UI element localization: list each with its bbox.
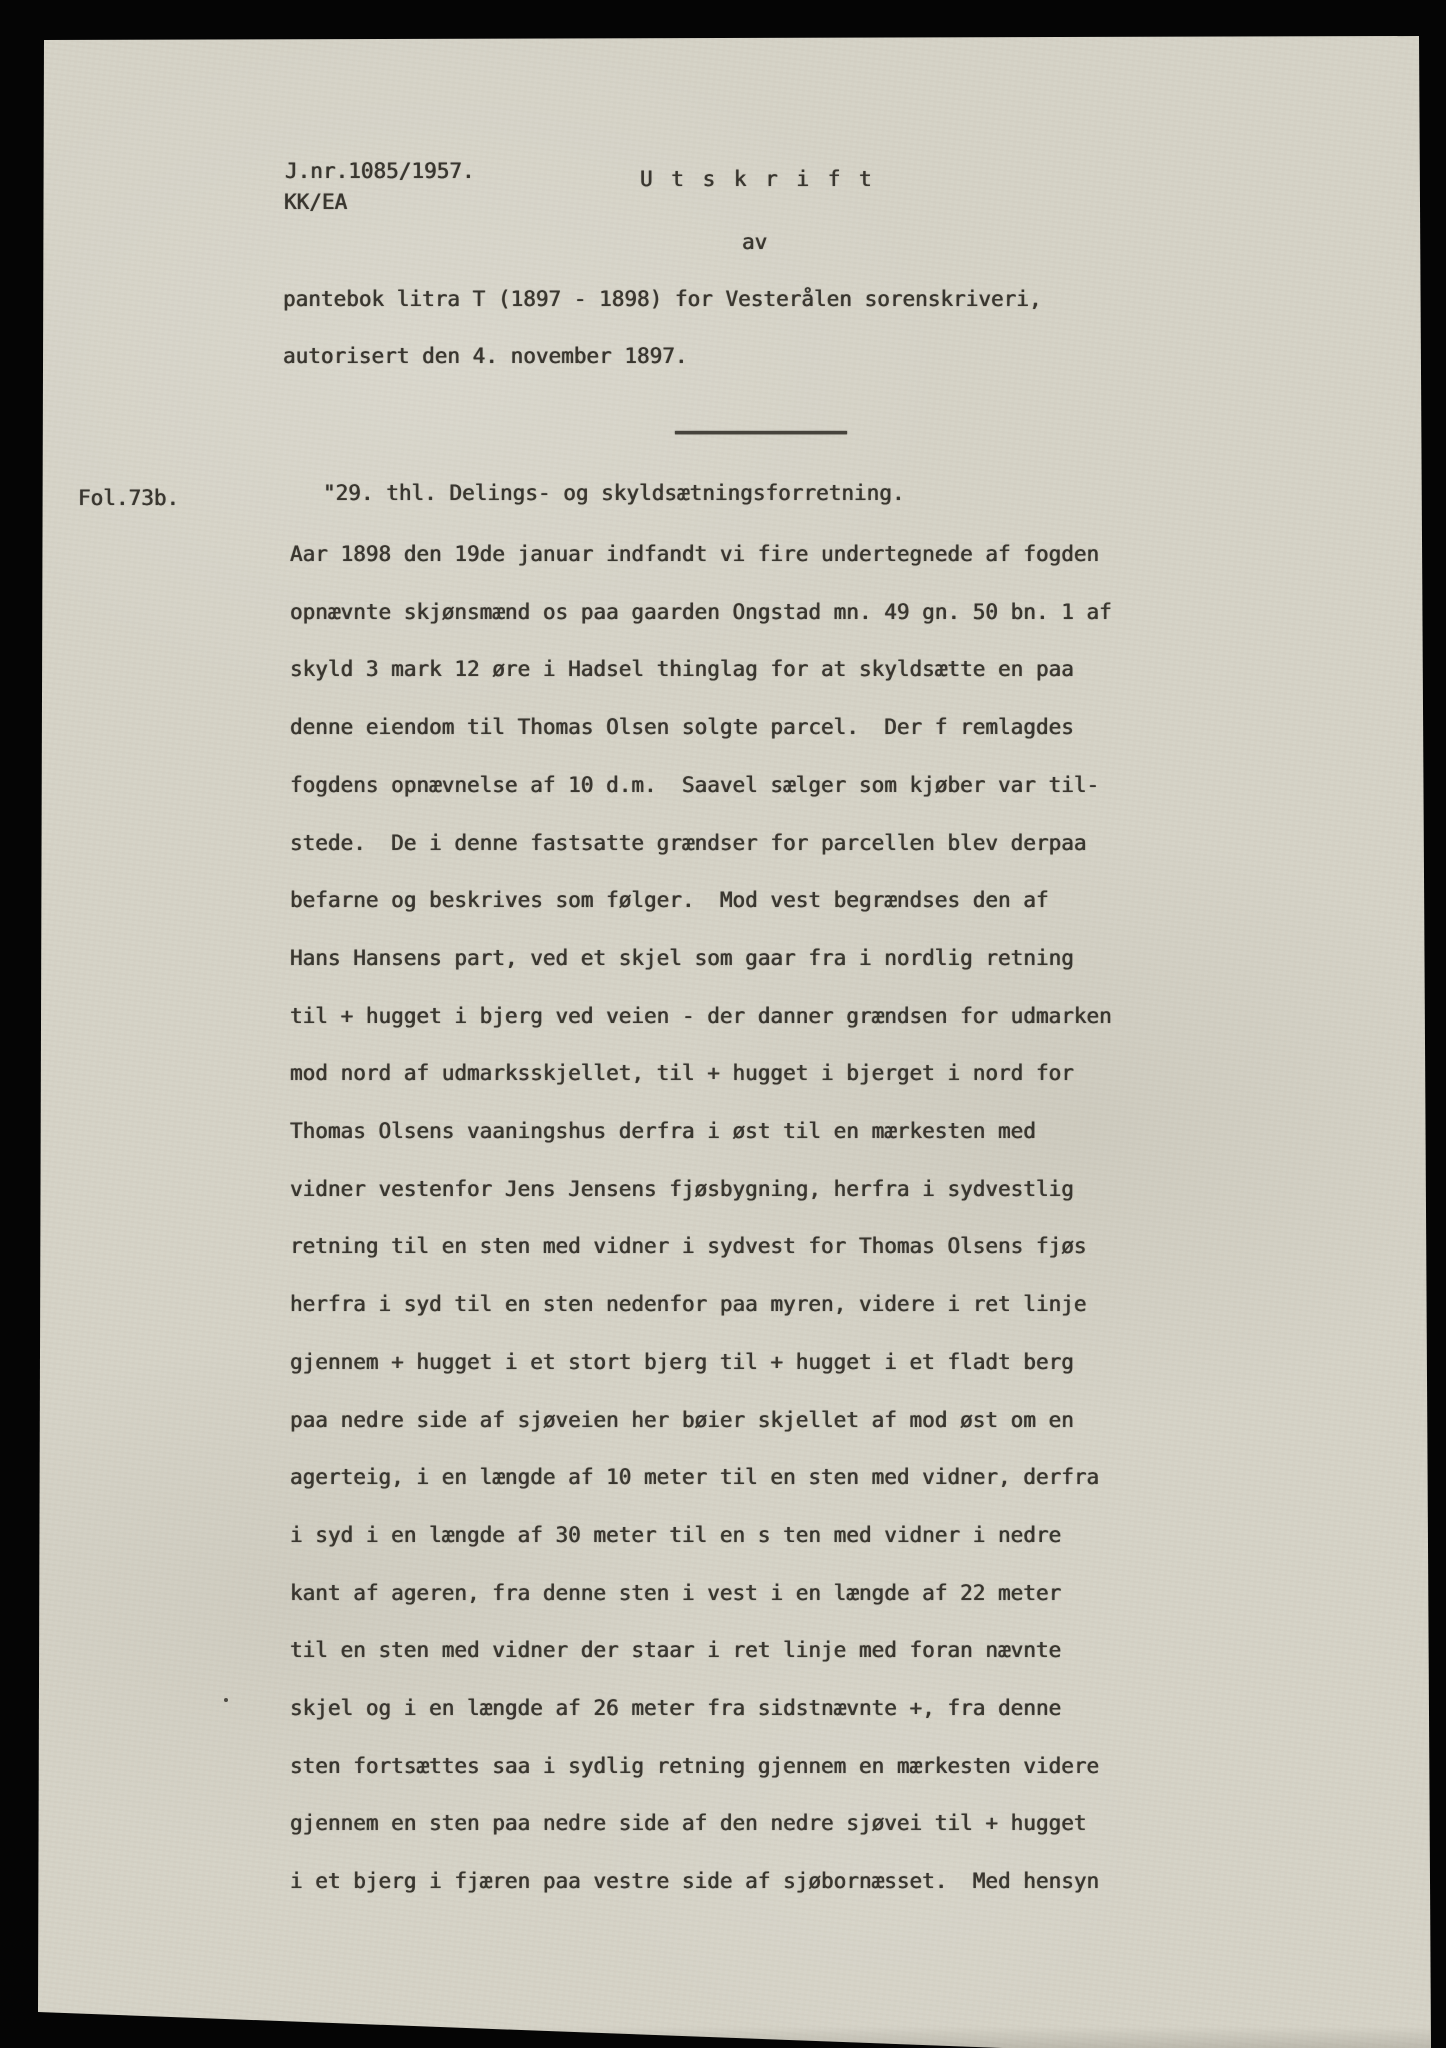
document-page: J.nr.1085/1957. KK/EA U t s k r i f t av… — [0, 0, 1446, 2048]
body-text: Aar 1898 den 19de januar indfandt vi fir… — [290, 526, 1112, 1911]
journal-number: J.nr.1085/1957. — [285, 158, 475, 184]
stray-ink-dot — [224, 1698, 228, 1702]
scan-background: J.nr.1085/1957. KK/EA U t s k r i f t av… — [0, 0, 1446, 2048]
source-description-line1: pantebok litra T (1897 - 1898) for Veste… — [283, 286, 1042, 312]
folio-reference: Fol.73b. — [78, 485, 179, 511]
section-divider-line — [675, 431, 847, 434]
entry-heading: "29. thl. Delings- og skyldsætningsforre… — [323, 480, 905, 506]
source-description-line2: autorisert den 4. november 1897. — [283, 343, 688, 369]
document-title-connector: av — [742, 229, 767, 255]
case-initials: KK/EA — [284, 189, 347, 215]
document-title: U t s k r i f t — [640, 166, 875, 192]
